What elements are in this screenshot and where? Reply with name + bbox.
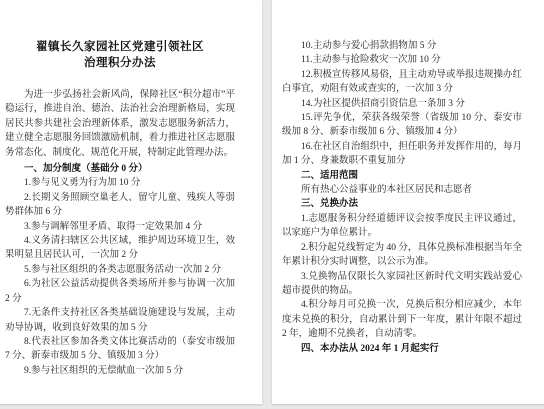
rule-item-14: 14.为社区提供招商引资信息一条加 3 分 <box>282 97 522 111</box>
document-title: 翟镇长久家园社区党建引领社区 治理积分办法 <box>5 40 235 71</box>
section-4-heading: 四、本办法从 2024 年 1 月起实行 <box>282 342 522 356</box>
exchange-rule-1: 1.志愿服务积分经道德评议会按季度民主评议通过，以家庭户为单位累计。 <box>282 212 522 241</box>
page-right-body: 10.主动参与爱心捐款捐物加 5 分 11.主动参与抢险救灾一次加 10 分 1… <box>282 39 522 356</box>
rule-item-12: 12.积极宣传移风易俗，且主动劝导或举报违规操办红白事宜，劝阻有效或查实的，一次… <box>282 68 522 97</box>
exchange-rule-2: 2.积分起兑线暂定为 40 分，具体兑换标准根据当年全年累计积分实时调整，以公示… <box>282 241 522 270</box>
page-left: 翟镇长久家园社区党建引领社区 治理积分办法 为进一步弘扬社会新风尚，保障社区“积… <box>0 0 262 404</box>
rule-item-4: 4.义务清扫辖区公共区域，维护周边环境卫生，效果明显且居民认可，一次加 2 分 <box>5 234 235 263</box>
section-2-body: 所有热心公益事业的本社区居民和志愿者 <box>282 183 522 197</box>
rule-item-2: 2.长期义务照顾空巢老人、留守儿童、残疾人等弱势群体加 6 分 <box>5 191 235 220</box>
rule-item-10: 10.主动参与爱心捐款捐物加 5 分 <box>282 39 522 53</box>
rule-item-7: 7.无条件支持社区各类基础设施建设与发展，主动劝导协调，收到良好效果的加 5 分 <box>5 306 235 335</box>
exchange-rule-4: 4.积分每月可兑换一次，兑换后积分相应减少，本年度未兑换的积分，自动累计到下一年… <box>282 298 522 341</box>
rule-item-1: 1.参与见义勇为行为加 10 分 <box>5 176 235 190</box>
page-right: 10.主动参与爱心捐款捐物加 5 分 11.主动参与抢险救灾一次加 10 分 1… <box>272 0 544 404</box>
rule-item-3: 3.参与调解邻里矛盾、取得一定效果加 4 分 <box>5 220 235 234</box>
rule-item-8: 8.代表社区参加各类文体比赛活动的（泰安市级加 7 分、新泰市级加 5 分、镇级… <box>5 335 235 364</box>
exchange-rule-3: 3.兑换物品仅限长久家园社区新时代文明实践站爱心超市提供的物品。 <box>282 270 522 299</box>
document-viewer: 翟镇长久家园社区党建引领社区 治理积分办法 为进一步弘扬社会新风尚，保障社区“积… <box>0 0 544 409</box>
section-3-heading: 三、兑换办法 <box>282 197 522 211</box>
rule-item-11: 11.主动参与抢险救灾一次加 10 分 <box>282 53 522 67</box>
rule-item-5: 5.参与社区组织的各类志愿服务活动一次加 2 分 <box>5 263 235 277</box>
intro-paragraph: 为进一步弘扬社会新风尚，保障社区“积分超市”平稳运行，推进自治、德治、法治社会治… <box>5 88 235 160</box>
document-title-line-1: 翟镇长久家园社区党建引领社区 <box>5 40 235 56</box>
rule-item-15: 15.评先争优，荣获各级荣誉（省级加 10 分、泰安市级加 8 分、新泰市级加 … <box>282 111 522 140</box>
rule-item-9: 9.参与社区组织的无偿献血一次加 5 分 <box>5 364 235 378</box>
page-left-body: 为进一步弘扬社会新风尚，保障社区“积分超市”平稳运行，推进自治、德治、法治社会治… <box>5 88 235 378</box>
rule-item-6: 6.为社区公益活动提供各类场所并参与协调一次加 2 分 <box>5 277 235 306</box>
document-title-line-2: 治理积分办法 <box>5 56 235 72</box>
section-2-heading: 二、适用范围 <box>282 169 522 183</box>
rule-item-16: 16.在社区自治组织中，担任职务并发挥作用的，每月加 1 分、身兼数职不重复加分 <box>282 140 522 169</box>
section-1-heading: 一、加分制度（基础分 0 分） <box>5 162 235 176</box>
